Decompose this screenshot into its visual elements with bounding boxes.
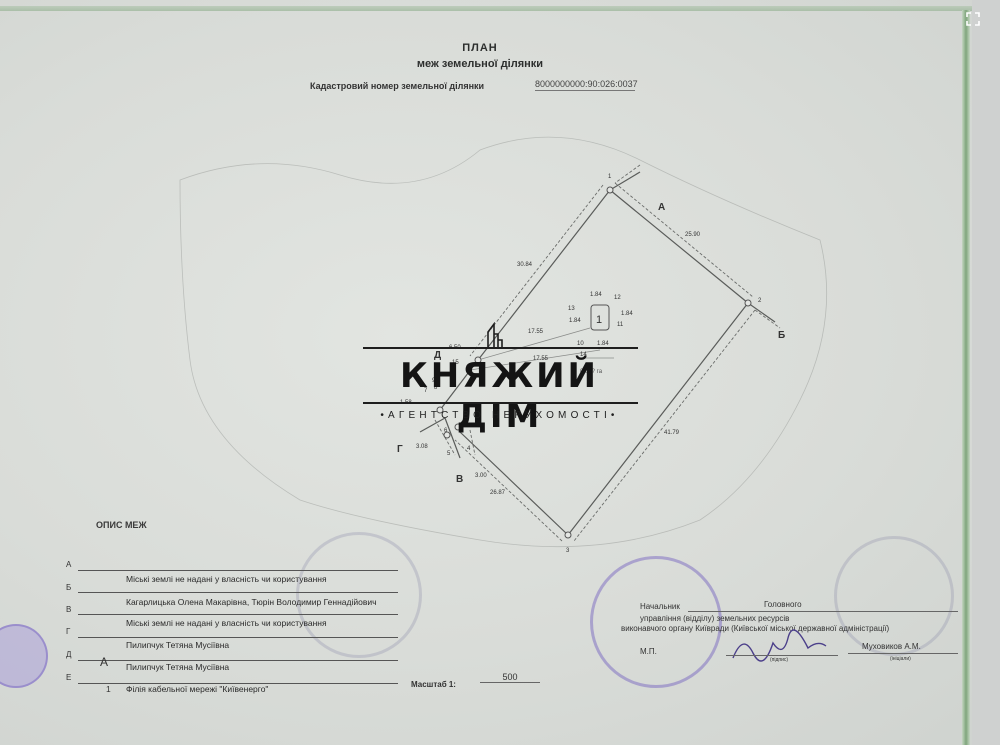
boundary-line xyxy=(78,660,398,661)
logo-building-icon xyxy=(486,322,504,348)
scale-label: Масштаб 1: xyxy=(411,680,456,689)
signer-position: Начальник xyxy=(640,602,680,611)
boundary-text-g: Пилипчук Тетяна Мусіївна xyxy=(126,640,229,650)
boundary-line xyxy=(78,570,398,571)
boundary-text-a: Міські землі не надані у власність чи ко… xyxy=(126,574,327,584)
logo-divider-top xyxy=(363,347,638,349)
document-page: ПЛАН меж земельної ділянки Кадастровий н… xyxy=(0,0,1000,745)
svg-text:Б: Б xyxy=(778,330,785,341)
name-line xyxy=(848,653,958,654)
boundary-letter-g: Г xyxy=(66,627,70,636)
name-caption: (ініціали) xyxy=(890,656,911,662)
boundary-letter-a: А xyxy=(66,560,71,569)
svg-text:1: 1 xyxy=(608,174,612,180)
boundary-line xyxy=(78,592,398,593)
svg-text:26.87: 26.87 xyxy=(490,490,506,496)
svg-text:25.90: 25.90 xyxy=(685,232,701,238)
signature-caption: (підпис) xyxy=(770,657,788,663)
svg-text:3: 3 xyxy=(566,548,570,554)
svg-text:13: 13 xyxy=(568,306,575,312)
svg-text:2: 2 xyxy=(758,298,762,304)
signer-position-2: Головного xyxy=(764,600,802,609)
signer-name: Муховиков А.М. xyxy=(862,642,921,651)
svg-text:3.00: 3.00 xyxy=(475,473,487,479)
logo-divider-bottom xyxy=(363,402,638,404)
org-line-1: управління (відділу) земельних ресурсів xyxy=(640,614,789,623)
signature-line-2 xyxy=(726,655,838,656)
svg-text:1: 1 xyxy=(596,314,602,326)
boundary-line xyxy=(78,637,398,638)
svg-text:4: 4 xyxy=(467,446,471,452)
svg-text:3.08: 3.08 xyxy=(416,444,428,450)
svg-text:5: 5 xyxy=(447,451,451,457)
boundaries-title: ОПИС МЕЖ xyxy=(96,520,147,530)
boundary-text-b: Кагарлицька Олена Макарівна, Тюрін Волод… xyxy=(126,597,377,607)
svg-text:41.79: 41.79 xyxy=(664,430,680,436)
boundary-letter-d: Д xyxy=(66,650,71,659)
svg-text:12: 12 xyxy=(614,295,621,301)
boundary-text-d: Пилипчук Тетяна Мусіївна xyxy=(126,662,229,672)
scale-value: 500 xyxy=(480,672,540,683)
boundary-letter-e: Е xyxy=(66,673,71,682)
boundary-line xyxy=(78,614,398,615)
svg-text:30.84: 30.84 xyxy=(517,262,533,268)
watermark-brand: КНЯЖИЙ ДІМ xyxy=(362,356,637,436)
svg-text:А: А xyxy=(658,202,665,213)
watermark-tagline: •АГЕНТСТВО НЕРУХОМОСТІ• xyxy=(362,410,637,421)
svg-text:1.84: 1.84 xyxy=(621,311,633,317)
svg-text:11: 11 xyxy=(617,322,624,328)
svg-text:В: В xyxy=(456,474,463,485)
svg-text:17.55: 17.55 xyxy=(528,329,544,335)
boundary-mark-d: А xyxy=(100,655,108,669)
svg-text:Г: Г xyxy=(397,444,403,455)
stamp-mark: М.П. xyxy=(640,647,657,656)
boundary-text-e: Філія кабельної мережі "Київенерго" xyxy=(126,684,268,694)
boundary-text-v: Міські землі не надані у власність чи ко… xyxy=(126,618,327,628)
boundary-letter-b: Б xyxy=(66,583,71,592)
svg-text:1.84: 1.84 xyxy=(569,318,581,324)
svg-text:1.84: 1.84 xyxy=(590,292,602,298)
signature-line xyxy=(688,611,958,612)
boundary-mark-e: 1 xyxy=(106,684,111,694)
boundary-letter-v: В xyxy=(66,605,71,614)
fullscreen-icon[interactable] xyxy=(966,12,980,26)
